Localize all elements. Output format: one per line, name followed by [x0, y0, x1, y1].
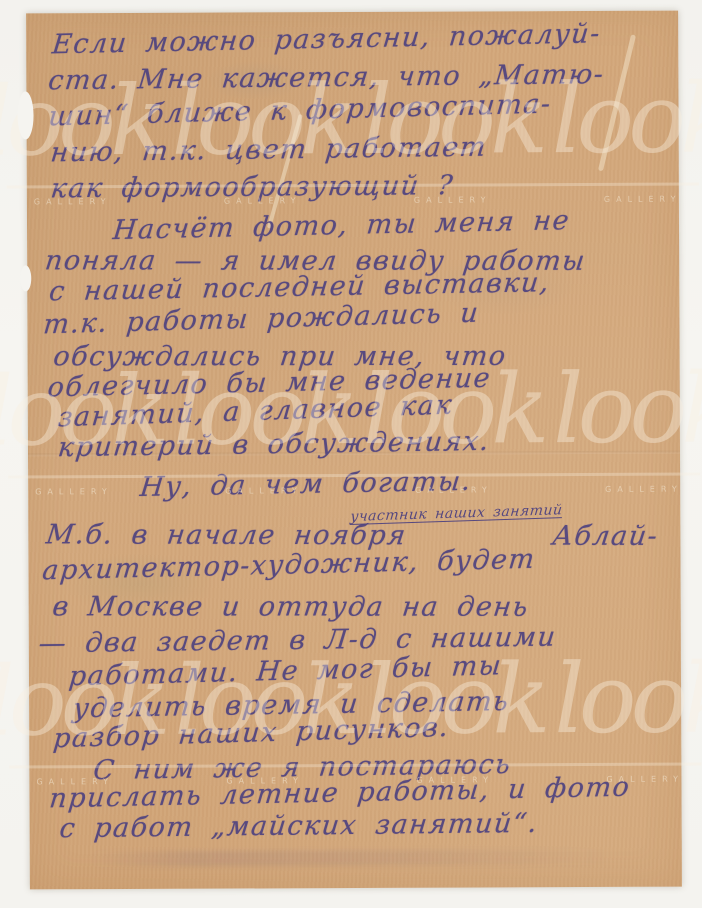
- handwritten-line: критерий в обсуждениях.: [56, 426, 491, 463]
- paper-edge-nick: [17, 91, 33, 139]
- handwritten-line: как формообразующий ?: [49, 170, 455, 204]
- letter-paper: Если можно разъясни, пожалуй- ста. Мне к…: [26, 11, 682, 890]
- handwritten-line: Если можно разъясни, пожалуй-: [51, 18, 603, 60]
- handwritten-line: в Москве и оттуда на день: [51, 591, 531, 622]
- handwritten-line: с работ „майских занятий“.: [58, 808, 540, 844]
- handwritten-line: Ну, да чем богаты.: [139, 466, 474, 503]
- paper-edge-nick: [20, 265, 31, 291]
- line-tail: Аблай-: [551, 521, 661, 552]
- handwritten-line: нию, т.к. цвет работает: [49, 132, 489, 169]
- handwriting-layer: Если можно разъясни, пожалуй- ста. Мне к…: [26, 11, 682, 890]
- handwritten-line: Насчёт фото, ты меня не: [111, 205, 571, 246]
